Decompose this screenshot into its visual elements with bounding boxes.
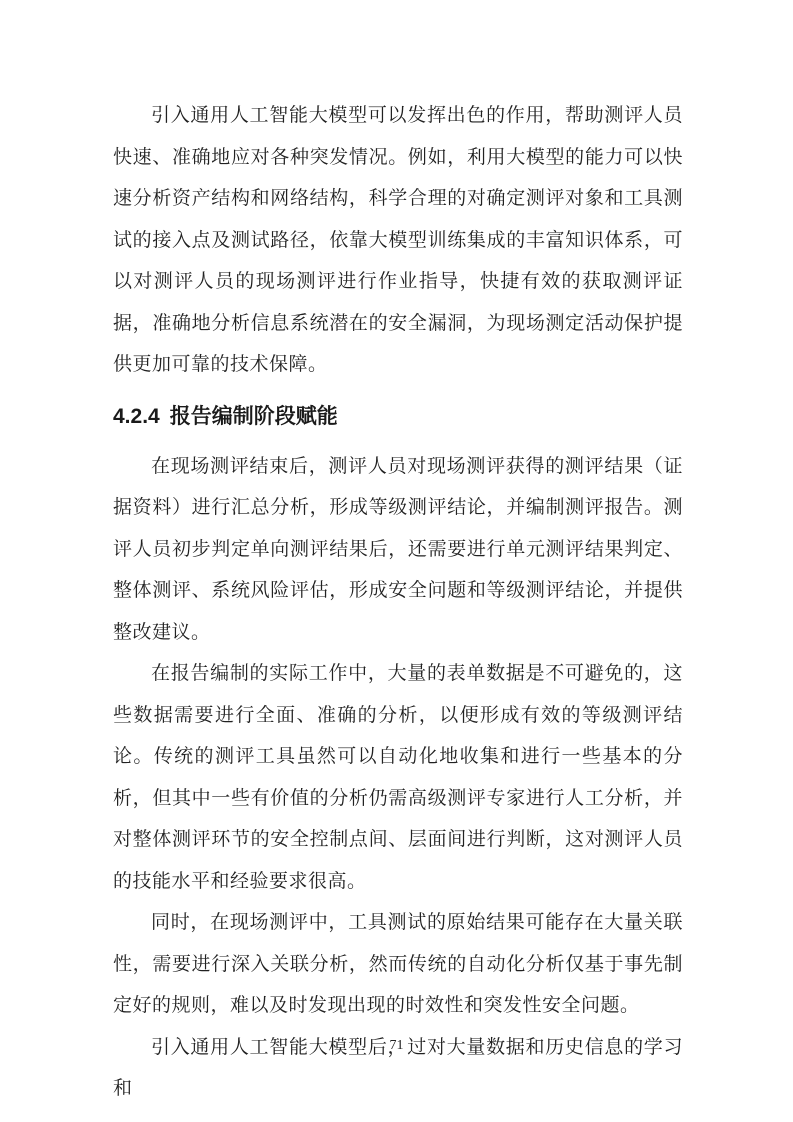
page-footer: 71: [0, 1036, 793, 1054]
section-heading-number: 4.2.4: [113, 405, 160, 428]
section-heading: 4.2.4报告编制阶段赋能: [113, 396, 683, 438]
body-paragraph-1: 引入通用人工智能大模型可以发挥出色的作用，帮助测评人员快速、准确地应对各种突发情…: [113, 95, 683, 386]
section-heading-title: 报告编制阶段赋能: [170, 405, 338, 428]
document-page: 引入通用人工智能大模型可以发挥出色的作用，帮助测评人员快速、准确地应对各种突发情…: [0, 0, 793, 1122]
page-number: 71: [390, 1038, 404, 1053]
page-content: 引入通用人工智能大模型可以发挥出色的作用，帮助测评人员快速、准确地应对各种突发情…: [113, 95, 683, 1110]
body-paragraph-4: 同时，在现场测评中，工具测试的原始结果可能存在大量关联性，需要进行深入关联分析，…: [113, 902, 683, 1027]
body-paragraph-2: 在现场测评结束后，测评人员对现场测评获得的测评结果（证据资料）进行汇总分析，形成…: [113, 446, 683, 654]
body-paragraph-3: 在报告编制的实际工作中，大量的表单数据是不可避免的，这些数据需要进行全面、准确的…: [113, 653, 683, 902]
